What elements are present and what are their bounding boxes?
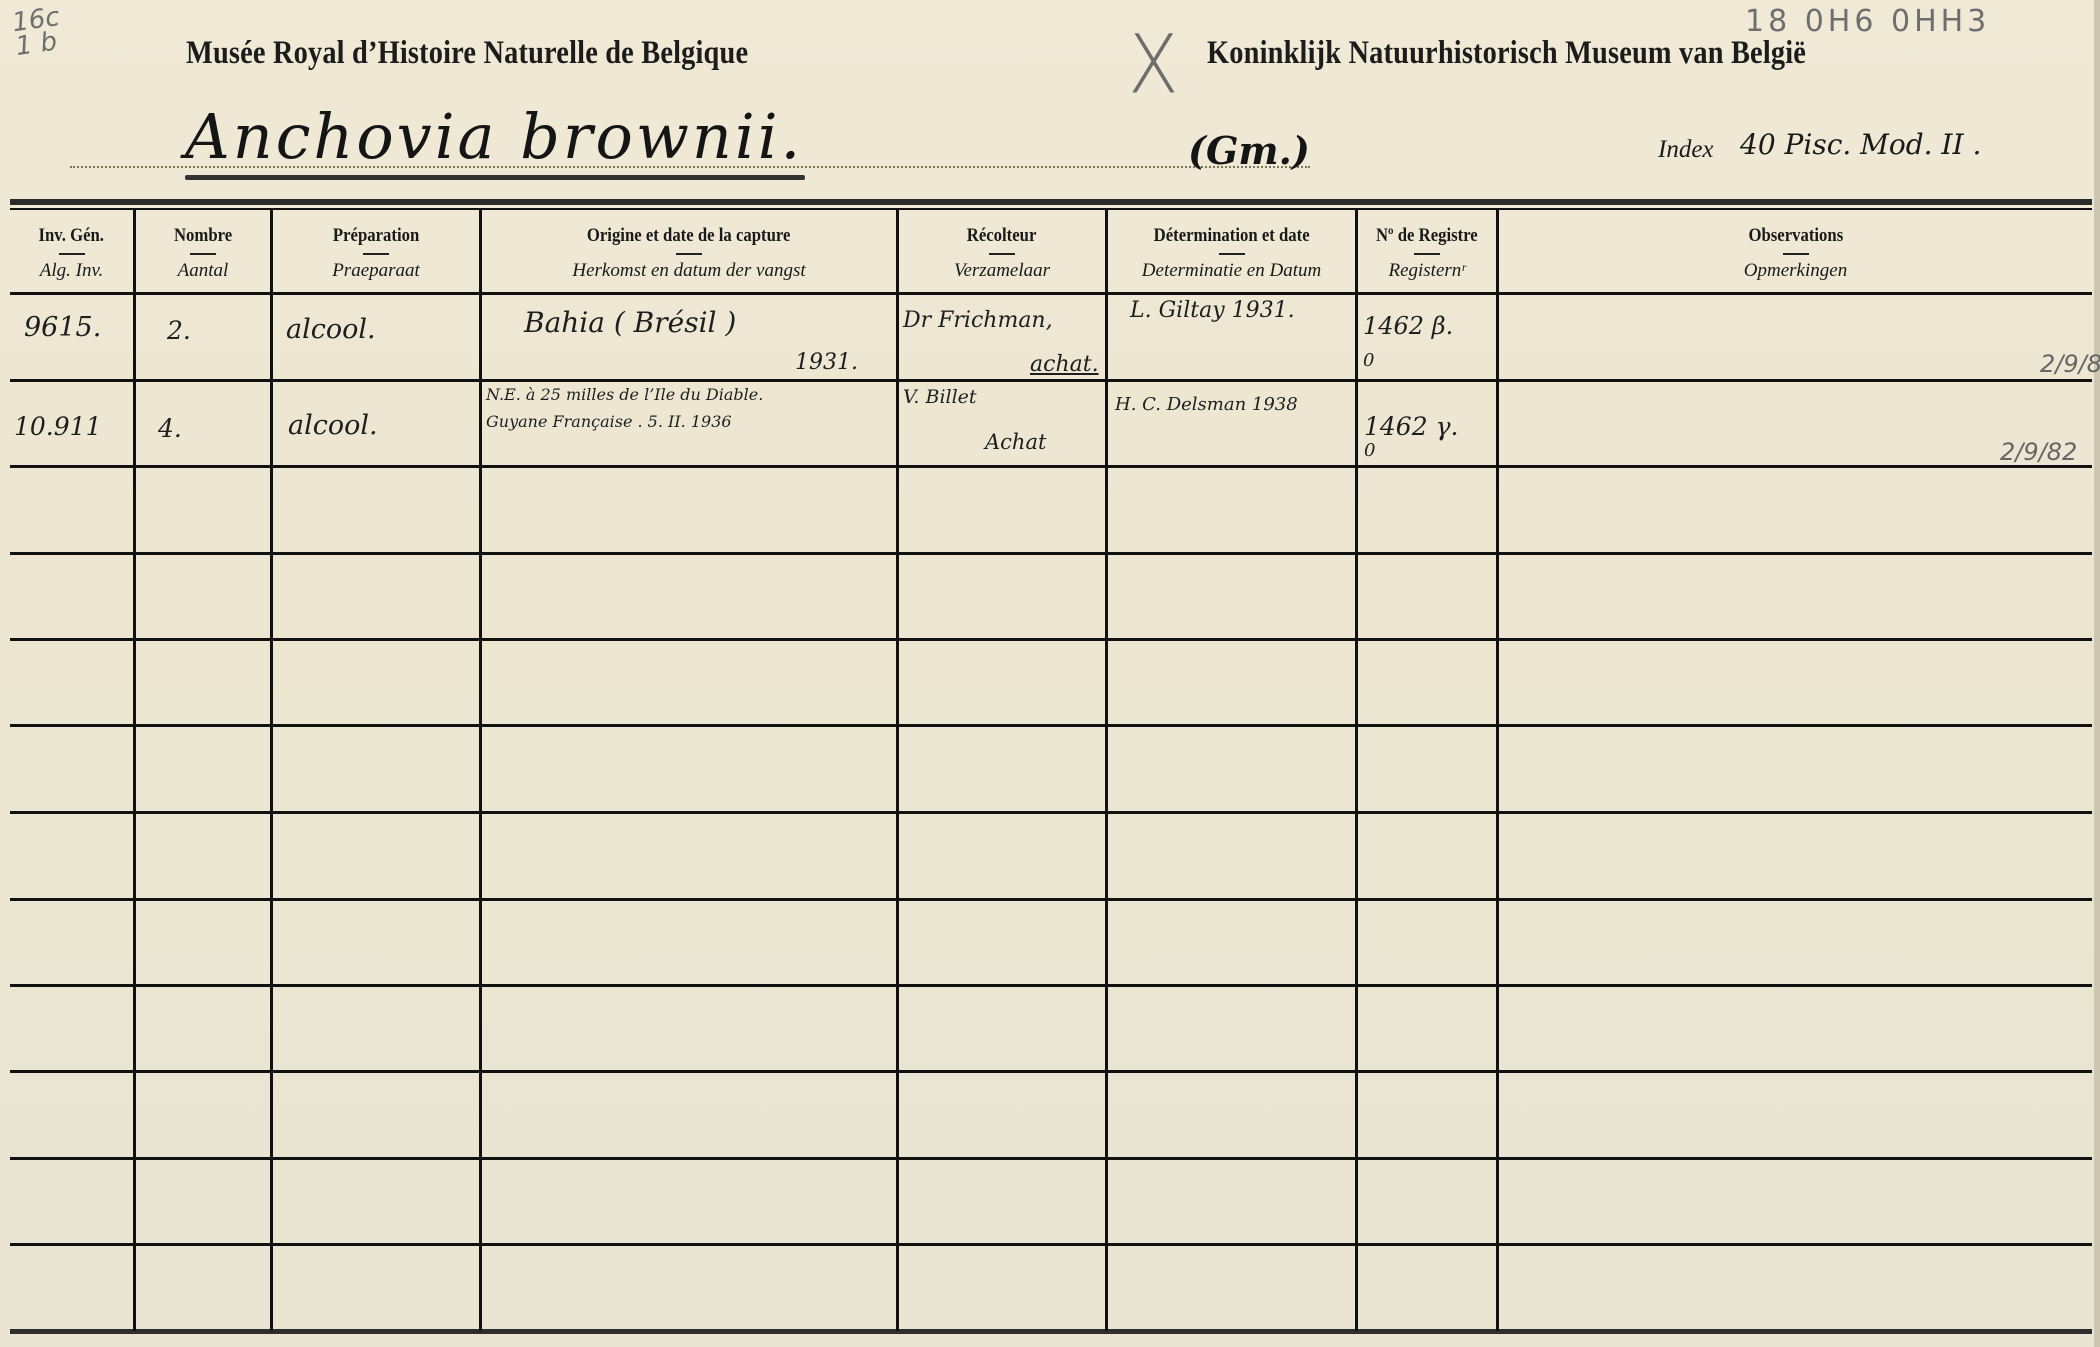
table-bottom-rule [10,1329,2092,1334]
index-value: 40 Pisc. Mod. II . [1740,128,1981,161]
cell-recolteur-line2: Achat [985,430,1046,454]
column-header-recolteur: Récolteur Verzamelaar [899,215,1105,291]
cell-recolteur-line1: Dr Frichman, [903,308,1053,333]
column-header-determination: Détermination et date Determinatie en Da… [1108,215,1355,291]
institution-title-fr: Musée Royal d’Histoire Naturelle de Belg… [186,35,748,72]
institution-title-nl: Koninklijk Natuurhistorisch Museum van B… [1207,35,1806,72]
header-fr: Détermination et date [1153,225,1309,247]
cell-recolteur-line2: achat. [1030,352,1099,377]
header-fr: Origine et date de la capture [587,225,791,247]
header-fr: Récolteur [967,225,1037,247]
column-divider [1105,209,1108,1331]
row-divider [10,984,2092,987]
cell-inv: 9615. [24,312,101,343]
column-divider [1355,209,1358,1331]
header-nl: Determinatie en Datum [1142,260,1321,282]
cell-observations: 2/9/82 [2040,350,2100,378]
header-fr: Inv. Gén. [39,225,105,247]
header-fr: Nombre [174,225,232,247]
column-divider [479,209,482,1331]
header-nl: Praeparaat [332,260,420,282]
species-author: (Gm.) [1188,128,1310,173]
cross-mark: X [1128,18,1179,113]
table-top-rule [10,199,2092,205]
header-fr: Nº de Registre [1376,225,1478,247]
cell-preparation: alcool. [288,410,378,441]
header-dash [989,253,1015,255]
row-divider [10,292,2092,295]
cell-origine-line2: 1931. [795,350,858,375]
header-fr: Préparation [333,225,419,247]
row-divider [10,724,2092,727]
column-header-registre: Nº de Registre Registernʳ [1358,215,1496,291]
cell-nombre: 4. [158,414,182,443]
pencil-note-top-left: 16c 1 b [11,5,65,59]
header-nl: Verzamelaar [954,260,1050,282]
pencil-note-top-right: 18 0H6 0HH3 [1745,4,1990,39]
row-divider [10,1243,2092,1246]
index-label: Index [1658,136,1714,164]
row-divider [10,1070,2092,1073]
cell-preparation: alcool. [286,314,376,345]
cell-registre-mark: 0 [1364,440,1375,461]
column-divider [1496,209,1499,1331]
row-divider [10,1157,2092,1160]
species-name: Anchovia brownii. [185,100,803,173]
header-dash [1219,253,1245,255]
header-dash [59,253,85,255]
row-divider [10,379,2092,382]
card-edge [2094,0,2100,1347]
row-divider [10,638,2092,641]
cell-inv: 10.911 [14,412,101,441]
cell-recolteur-line1: V. Billet [903,386,977,408]
column-header-origine: Origine et date de la capture Herkomst e… [482,215,896,291]
header-dash [363,253,389,255]
column-header-preparation: Préparation Praeparaat [273,215,479,291]
cell-registre: 1462 β. [1363,312,1453,340]
row-divider [10,465,2092,468]
header-nl: Herkomst en datum der vangst [572,260,805,282]
header-dash [1783,253,1809,255]
cell-registre-mark: 0 [1363,350,1374,371]
cell-observations: 2/9/82 [2000,438,2077,466]
cell-determination: L. Giltay 1931. [1130,298,1295,323]
column-header-inv: Inv. Gén. Alg. Inv. [10,215,133,291]
header-dash [676,253,702,255]
header-fr: Observations [1748,225,1843,247]
table-top-thin-rule [10,208,2092,210]
column-divider [133,209,136,1331]
row-divider [10,811,2092,814]
header-nl: Opmerkingen [1744,260,1847,282]
cell-determination: H. C. Delsman 1938 [1115,394,1298,415]
row-divider [10,898,2092,901]
header-nl: Alg. Inv. [40,260,104,282]
species-underline [185,175,805,180]
column-divider [270,209,273,1331]
header-nl: Aantal [178,260,229,282]
header-nl: Registernʳ [1388,260,1465,282]
cell-origine-line1: N.E. à 25 milles de l’Ile du Diable. [486,385,763,404]
cell-origine-line1: Bahia ( Brésil ) [524,306,736,339]
column-header-nombre: Nombre Aantal [136,215,270,291]
cell-registre: 1462 γ. [1364,412,1458,441]
cell-origine-line2: Guyane Française . 5. II. 1936 [486,412,732,431]
header-dash [1414,253,1440,255]
museum-index-card: 16c 1 b 18 0H6 0HH3 X Musée Royal d’Hist… [0,0,2100,1347]
column-header-observations: Observations Opmerkingen [1499,215,2092,291]
header-dash [190,253,216,255]
row-divider [10,552,2092,555]
cell-nombre: 2. [167,316,191,345]
column-divider [896,209,899,1331]
